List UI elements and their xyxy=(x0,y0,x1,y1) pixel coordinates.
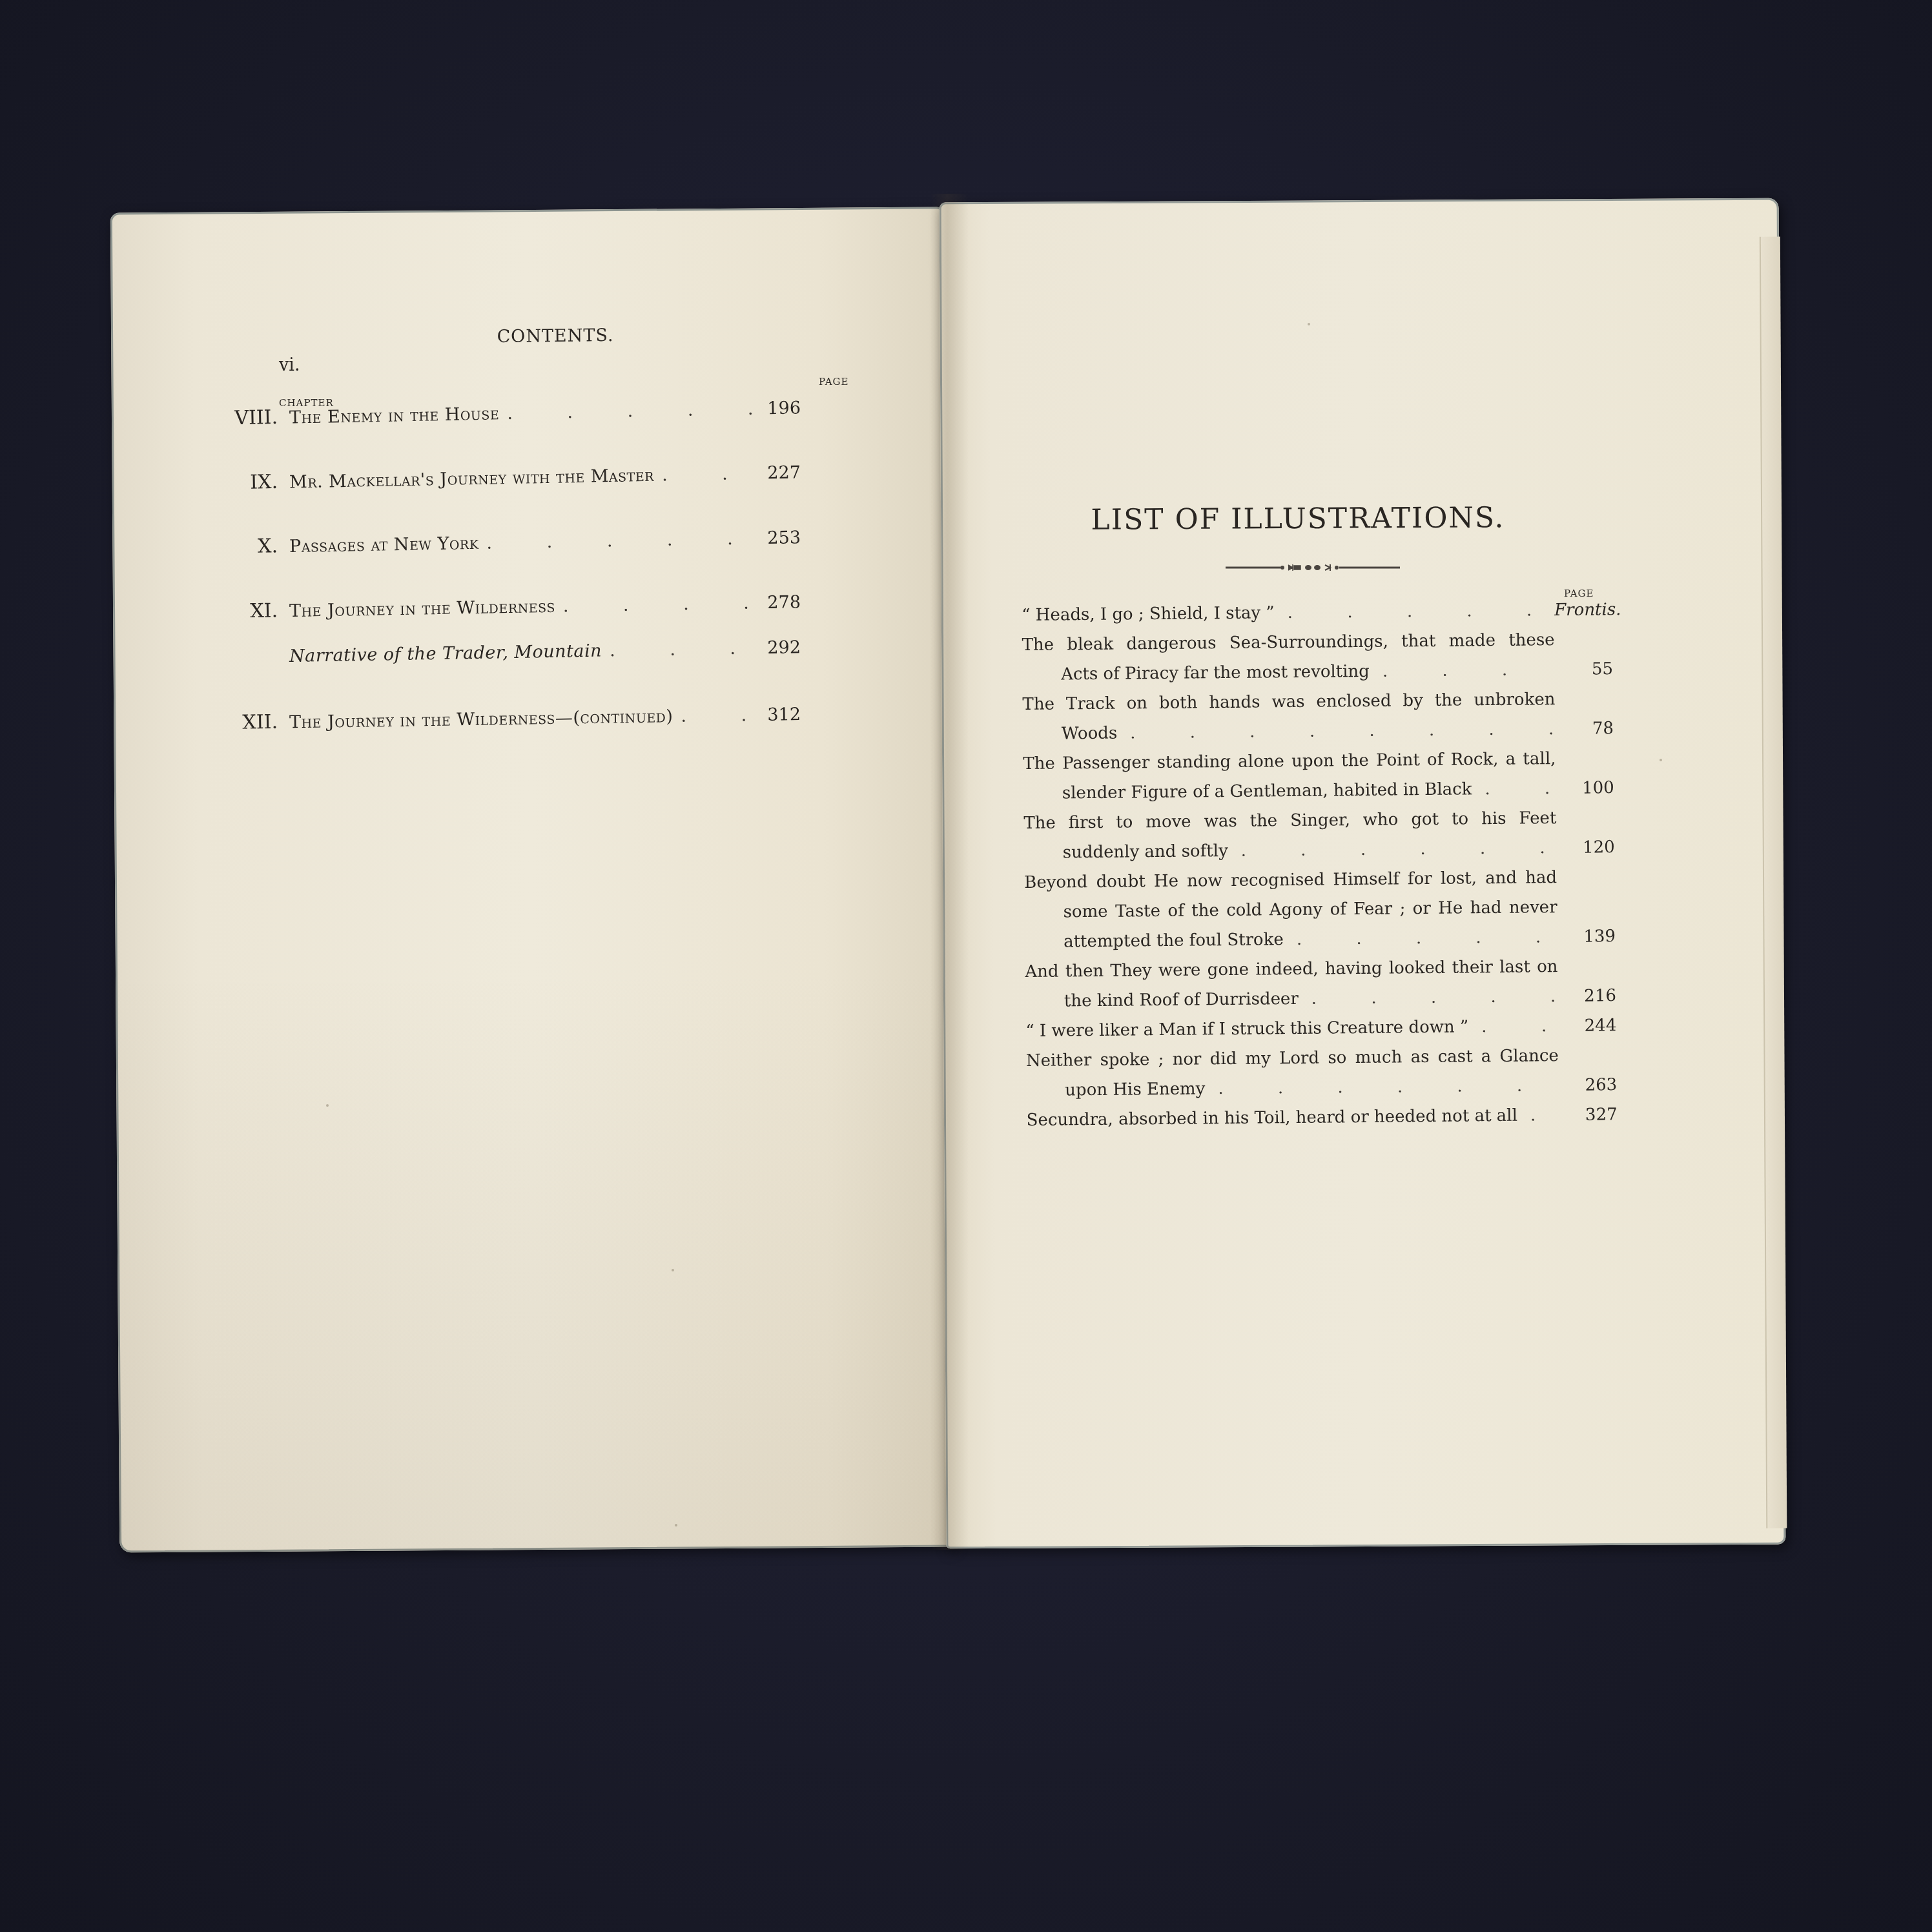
illustration-entry: Beyond doubt He now recognised Himself f… xyxy=(1024,862,1616,957)
illustration-caption-line: “ I were liker a Man if I struck this Cr… xyxy=(1025,1012,1468,1046)
chapter-number: VIII. xyxy=(220,406,290,430)
page-number: vi. xyxy=(279,355,300,375)
illustration-page: 327 xyxy=(1559,1100,1617,1130)
illustration-entry: The bleak dangerous Sea-Surroundings, th… xyxy=(1022,624,1613,690)
illustration-caption-line: Secundra, absorbed in his Toil, heard or… xyxy=(1027,1101,1518,1135)
illustration-page: 78 xyxy=(1556,714,1614,744)
chapter-number: IX. xyxy=(220,471,290,495)
chapter-number xyxy=(220,662,289,663)
chapter-number: X. xyxy=(220,535,290,559)
dot-leader: . . . . . . . . . . . . . . . . xyxy=(1117,714,1556,748)
illustration-page: 139 xyxy=(1557,921,1616,952)
running-head: CONTENTS. xyxy=(387,324,723,347)
dot-leader: . . . . . . . . xyxy=(654,464,756,486)
dot-leader: . . . . . . . . . . . . . xyxy=(1205,1071,1559,1104)
illustration-entry: Neither spoke ; nor did my Lord so much … xyxy=(1026,1040,1618,1105)
illustration-page: Frontis. xyxy=(1554,595,1612,625)
illustration-caption-line: The Track on both hands was enclosed by … xyxy=(1022,684,1555,719)
illustration-page: 216 xyxy=(1558,981,1616,1011)
illustration-caption-line: Acts of Piracy far the most revolting xyxy=(1061,657,1370,690)
illustration-entry: The first to move was the Singer, who go… xyxy=(1023,803,1615,868)
chapter-number: XI. xyxy=(220,599,290,623)
illustration-page: 100 xyxy=(1556,773,1614,803)
chapter-page: 292 xyxy=(755,637,801,658)
illustration-caption-line: Woods xyxy=(1062,719,1118,749)
illustration-page: 263 xyxy=(1559,1070,1617,1100)
dot-leader: . . . . . . . . . . . . xyxy=(555,593,756,616)
illustration-caption-line: “ Heads, I go ; Shield, I stay ” xyxy=(1022,598,1275,630)
page-column-label: PAGE xyxy=(819,376,848,387)
chapter-page: 312 xyxy=(755,704,801,725)
dot-leader: . . xyxy=(1468,1011,1559,1042)
dot-leader: . . . . . . . . . . . . xyxy=(602,638,755,661)
dot-leader: . . . . . . xyxy=(1275,595,1555,628)
illustration-caption-line: some Taste of the cold Agony of Fear ; o… xyxy=(1063,892,1557,927)
illustration-caption-line: The bleak dangerous Sea-Surroundings, th… xyxy=(1022,625,1554,660)
illustration-caption-line: slender Figure of a Gentleman, habited i… xyxy=(1062,774,1472,808)
illustration-caption-line: Neither spoke ; nor did my Lord so much … xyxy=(1026,1041,1559,1076)
chapter-title: Passages at New York xyxy=(289,533,479,557)
dot-leader: . . . . . . . . . . . . . . . xyxy=(499,399,755,424)
illustration-entry: And then They were gone indeed, having l… xyxy=(1025,951,1616,1016)
open-book: CONTENTS. vi. PAGE CHAPTER VIII. The Ene… xyxy=(0,0,1932,1932)
illustration-caption-line: upon His Enemy xyxy=(1065,1074,1206,1105)
dot-leader: . xyxy=(1517,1100,1559,1131)
decorative-rule-icon xyxy=(1226,563,1400,572)
illustration-entry: Secundra, absorbed in his Toil, heard or… xyxy=(1027,1100,1618,1135)
dot-leader: . . . . . . . . . . . . . . . xyxy=(478,528,755,553)
illustration-caption-line: And then They were gone indeed, having l… xyxy=(1025,952,1557,987)
paper-speck xyxy=(326,1104,329,1107)
illustrations-list: “ Heads, I go ; Shield, I stay ” . . . .… xyxy=(1022,595,1618,1135)
chapter-page: 196 xyxy=(755,398,801,418)
chapter-title: The Enemy in the House xyxy=(289,404,500,427)
dot-leader: . . xyxy=(1472,774,1556,804)
illustration-caption-line: The first to move was the Singer, who go… xyxy=(1023,803,1556,838)
dot-leader: . . . . . xyxy=(1370,655,1556,686)
illustration-page: 55 xyxy=(1555,654,1613,684)
paper-speck xyxy=(1660,759,1662,761)
illustration-caption-line: suddenly and softly xyxy=(1063,836,1228,867)
chapter-page: 253 xyxy=(755,528,801,548)
paper-speck xyxy=(675,1524,677,1526)
illustration-caption-line: the kind Roof of Durrisdeer xyxy=(1064,984,1299,1016)
paper-speck xyxy=(672,1269,674,1271)
dot-leader: . . . xyxy=(673,705,755,726)
dot-leader: . . . . . . . xyxy=(1284,922,1558,954)
chapter-page: 227 xyxy=(755,462,801,483)
paper-speck xyxy=(1308,323,1310,325)
chapter-number: XII. xyxy=(220,710,290,734)
illustration-caption-line: The Passenger standing alone upon the Po… xyxy=(1023,744,1556,779)
illustration-page: 244 xyxy=(1558,1011,1616,1041)
illustration-entry: The Passenger standing alone upon the Po… xyxy=(1023,743,1614,808)
page-title: LIST OF ILLUSTRATIONS. xyxy=(1033,501,1563,537)
illustration-caption-line: attempted the foul Stroke xyxy=(1064,925,1284,956)
dot-leader: . . . . . . . . xyxy=(1299,981,1559,1014)
dot-leader: . . . . . . . . . . . . . xyxy=(1228,833,1557,866)
illustration-caption-line: Beyond doubt He now recognised Himself f… xyxy=(1024,863,1557,898)
chapter-title: The Journey in the Wilderness xyxy=(289,597,555,621)
chapter-page: 278 xyxy=(755,592,801,613)
illustration-entry: The Track on both hands was enclosed by … xyxy=(1022,684,1614,749)
illustration-page: 120 xyxy=(1556,832,1614,863)
